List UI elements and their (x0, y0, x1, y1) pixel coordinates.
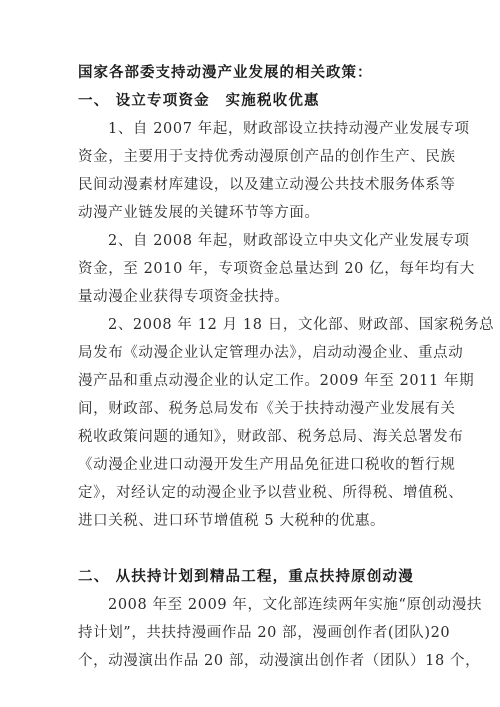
paragraph-line: 1、自 2007 年起，财政部设立扶持动漫产业发展专项 (78, 115, 424, 143)
section-heading: 二、 从扶持计划到精品工程，重点扶持原创动漫 (78, 563, 424, 591)
paragraph: 2、自 2008 年起，财政部设立中央文化产业发展专项 资金，至 2010 年，… (78, 227, 424, 311)
paragraph-line: 定》，对经认定的动漫企业予以营业税、所得税、增值税、 (78, 479, 424, 507)
section-1: 一、 设立专项资金 实施税收优惠 1、自 2007 年起，财政部设立扶持动漫产业… (78, 87, 424, 535)
document-page: 国家各部委支持动漫产业发展的相关政策： 一、 设立专项资金 实施税收优惠 1、自… (78, 59, 424, 675)
paragraph-line: 个，动漫演出作品 20 部，动漫演出创作者（团队）18 个， (78, 647, 424, 675)
section-2: 二、 从扶持计划到精品工程，重点扶持原创动漫 2008 年至 2009 年，文化… (78, 563, 424, 675)
paragraph-line: 间，财政部、税务总局发布《关于扶持动漫产业发展有关 (78, 395, 424, 423)
paragraph-line: 2008 年至 2009 年，文化部连续两年实施“原创动漫扶 (78, 591, 424, 619)
paragraph-line: 持计划”，共扶持漫画作品 20 部，漫画创作者(团队)20 (78, 619, 424, 647)
paragraph-line: 量动漫企业获得专项资金扶持。 (78, 283, 424, 311)
paragraph: 2008 年至 2009 年，文化部连续两年实施“原创动漫扶 持计划”，共扶持漫… (78, 591, 424, 675)
paragraph: 2、2008 年 12 月 18 日，文化部、财政部、国家税务总 局发布《动漫企… (78, 311, 424, 535)
paragraph-line: 进口关税、进口环节增值税 5 大税种的优惠。 (78, 507, 424, 535)
paragraph-line: 《动漫企业进口动漫开发生产用品免征进口税收的暂行规 (78, 451, 424, 479)
paragraph-line: 动漫产业链发展的关键环节等方面。 (78, 199, 424, 227)
paragraph-line: 2、自 2008 年起，财政部设立中央文化产业发展专项 (78, 227, 424, 255)
document-title: 国家各部委支持动漫产业发展的相关政策： (78, 59, 424, 87)
blank-line (78, 535, 424, 563)
paragraph: 1、自 2007 年起，财政部设立扶持动漫产业发展专项 资金，主要用于支持优秀动… (78, 115, 424, 227)
paragraph-line: 民间动漫素材库建设，以及建立动漫公共技术服务体系等 (78, 171, 424, 199)
paragraph-line: 局发布《动漫企业认定管理办法》，启动动漫企业、重点动 (78, 339, 424, 367)
paragraph-line: 漫产品和重点动漫企业的认定工作。2009 年至 2011 年期 (78, 367, 424, 395)
paragraph-line: 资金，至 2010 年，专项资金总量达到 20 亿，每年均有大 (78, 255, 424, 283)
paragraph-line: 税收政策问题的通知》，财政部、税务总局、海关总署发布 (78, 423, 424, 451)
paragraph-line: 2、2008 年 12 月 18 日，文化部、财政部、国家税务总 (78, 311, 424, 339)
paragraph-line: 资金，主要用于支持优秀动漫原创产品的创作生产、民族 (78, 143, 424, 171)
section-heading: 一、 设立专项资金 实施税收优惠 (78, 87, 424, 115)
